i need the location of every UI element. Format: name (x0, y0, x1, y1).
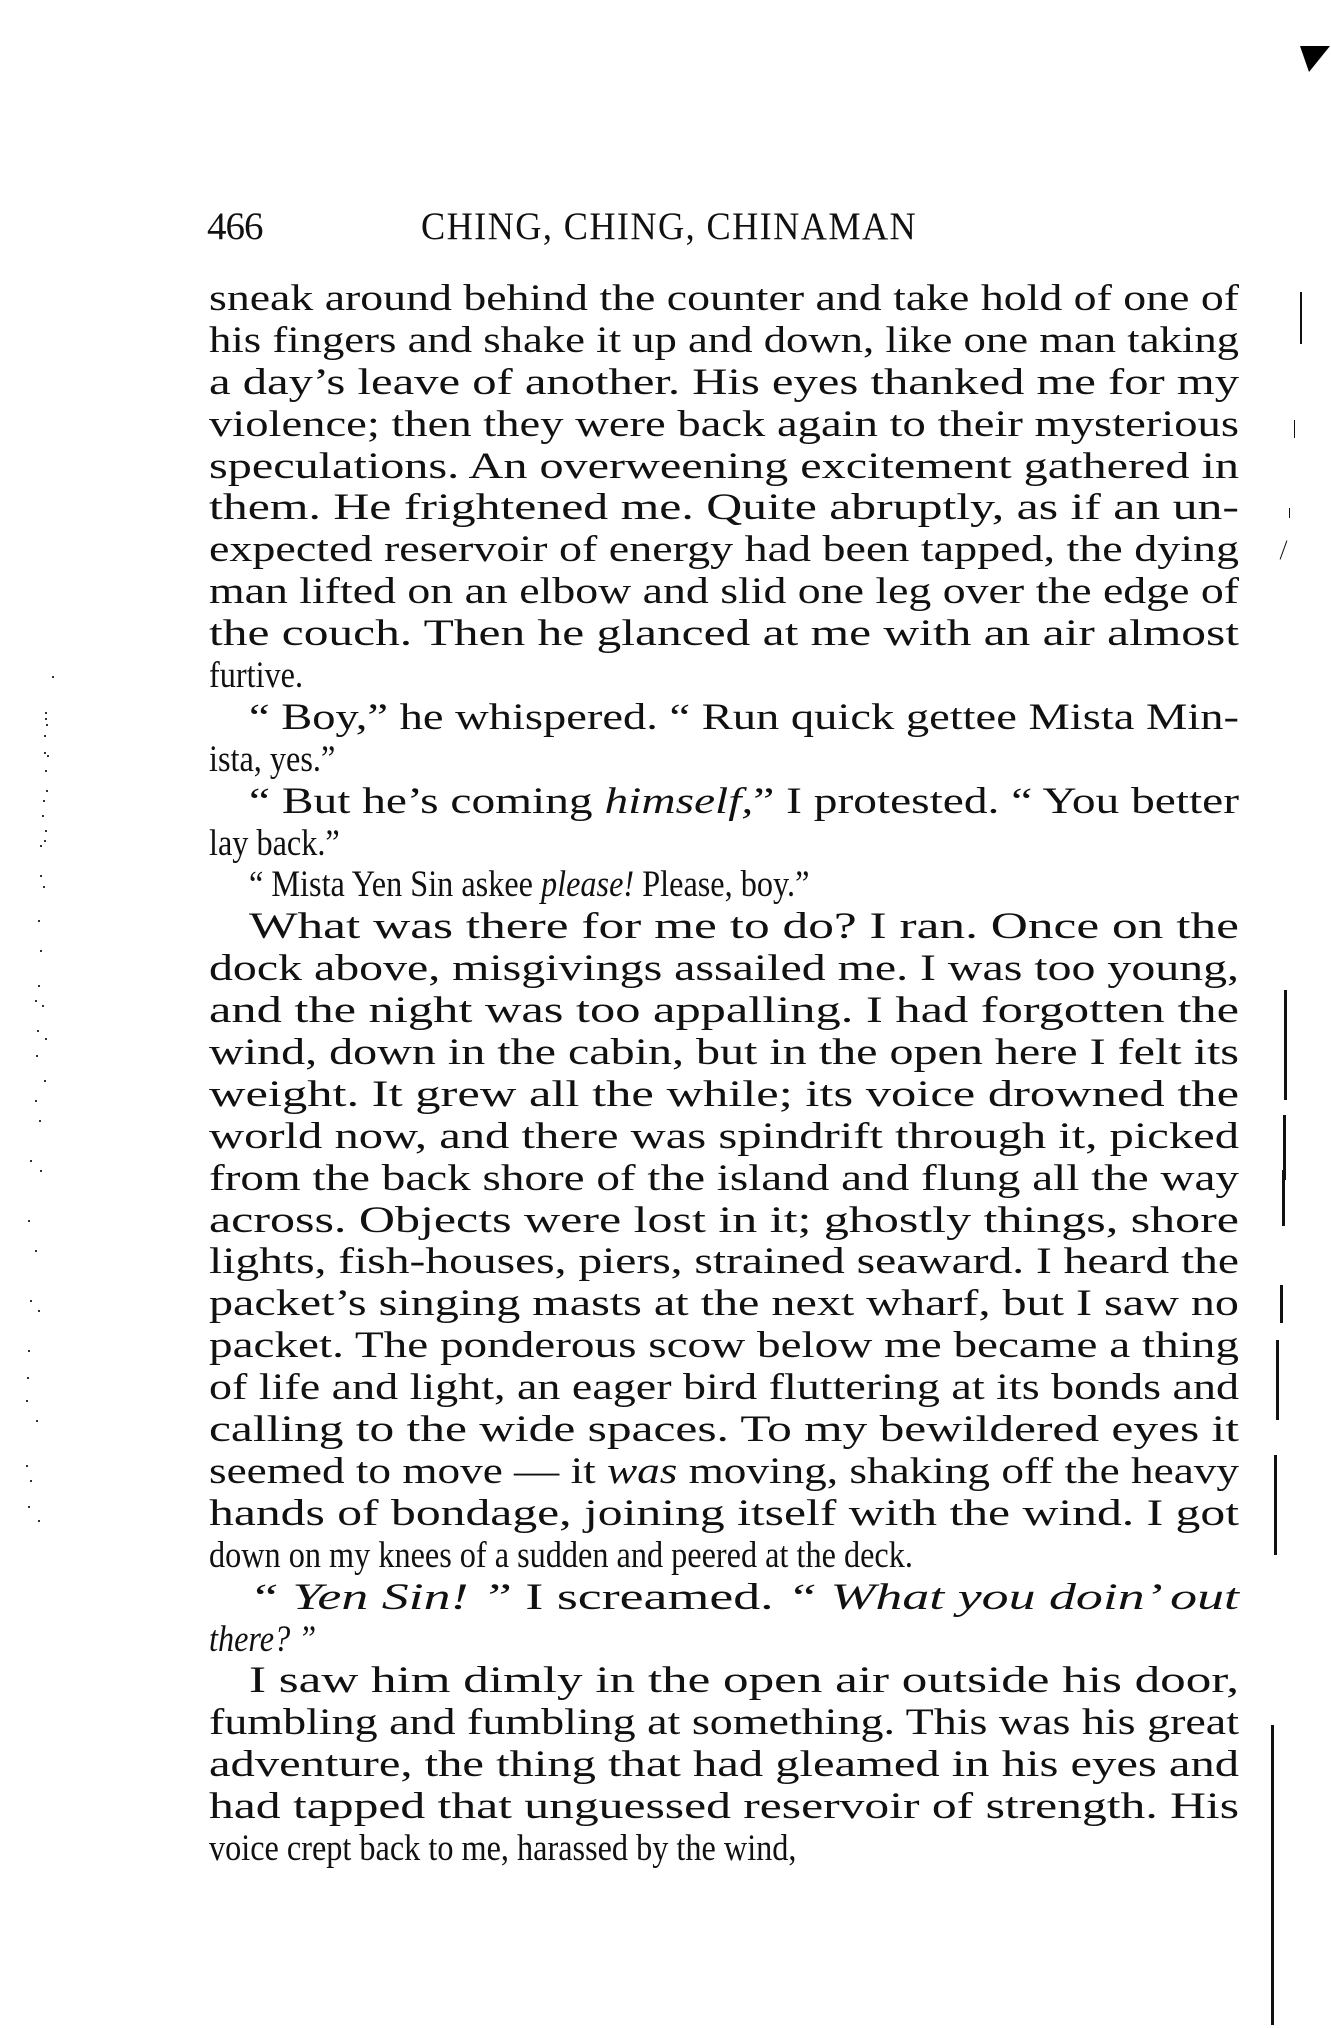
scan-speck (44, 735, 46, 737)
scan-speck (35, 1000, 37, 1002)
scan-speck (40, 845, 42, 847)
italic-text: was (607, 1451, 677, 1492)
text-span: a day’s leave of another. His eyes thank… (209, 362, 1239, 403)
scan-speck (44, 752, 46, 754)
scan-margin-line (1280, 1285, 1283, 1323)
text-span: “ Mista Yen Sin askee (249, 864, 541, 905)
scan-speck (40, 1170, 42, 1172)
text-line: fumbling and fumbling at something. This… (209, 1702, 1239, 1744)
text-line: voice crept back to me, harassed by the … (209, 1828, 1239, 1870)
scan-speck (44, 1080, 46, 1082)
text-span: voice crept back to me, harassed by the … (209, 1828, 796, 1869)
text-span: furtive. (209, 655, 303, 696)
text-span: had tapped that unguessed reservoir of s… (209, 1786, 1239, 1827)
text-span: I saw him dimly in the open air outside … (249, 1660, 1239, 1701)
text-line: weight. It grew all the while; its voice… (209, 1074, 1239, 1116)
text-line: speculations. An overweening excitement … (209, 446, 1239, 488)
text-line: What was there for me to do? I ran. Once… (209, 906, 1239, 948)
text-line: ista, yes.” (209, 739, 1239, 781)
text-span: across. Objects were lost in it; ghostly… (209, 1200, 1239, 1241)
text-line: “ Yen Sin! ” I screamed. “ What you doin… (209, 1577, 1239, 1619)
text-span: “ Boy,” he whispered. “ Run quick gettee… (249, 697, 1239, 738)
text-line: violence; then they were back again to t… (209, 404, 1239, 446)
text-span: I screamed. (512, 1577, 787, 1618)
scan-speck (38, 1520, 40, 1522)
text-span: “ But he’s coming (249, 781, 604, 822)
text-line: sneak around behind the counter and take… (209, 278, 1239, 320)
text-span: hands of bondage, joining itself with th… (209, 1493, 1239, 1534)
scan-speck (30, 1300, 32, 1302)
text-line: down on my knees of a sudden and peered … (209, 1535, 1239, 1577)
text-span: ista, yes.” (209, 739, 335, 780)
text-line: had tapped that unguessed reservoir of s… (209, 1786, 1239, 1828)
scan-margin-line (1284, 990, 1287, 1100)
scan-speck (35, 1250, 37, 1252)
scan-speck (52, 676, 54, 678)
text-line: expected reservoir of energy had been ta… (209, 529, 1239, 571)
text-line: there? ” (209, 1619, 1239, 1661)
text-line: packet. The ponderous scow below me beca… (209, 1325, 1239, 1367)
text-span: sneak around behind the counter and take… (209, 278, 1239, 319)
scan-speck (45, 830, 47, 832)
text-line: a day’s leave of another. His eyes thank… (209, 362, 1239, 404)
text-span: weight. It grew all the while; its voice… (209, 1074, 1239, 1115)
text-span: world now, and there was spindrift throu… (209, 1116, 1239, 1157)
text-span: lay back.” (209, 823, 340, 864)
scan-speck (39, 1120, 41, 1122)
scan-speck (46, 724, 48, 726)
book-page: 466 CHING, CHING, CHINAMAN sneak around … (0, 0, 1331, 2028)
text-line: them. He frightened me. Quite abruptly, … (209, 487, 1239, 529)
text-span: dock above, misgivings assailed me. I wa… (209, 948, 1239, 989)
text-line: dock above, misgivings assailed me. I wa… (209, 948, 1239, 990)
text-span: seemed to move — it (209, 1451, 607, 1492)
scan-speck (38, 920, 40, 922)
scan-speck (28, 1220, 30, 1222)
text-line: lay back.” (209, 823, 1239, 865)
text-span: Please, boy.” (634, 864, 809, 905)
page-corner-fold-mark (1300, 46, 1330, 72)
italic-text: “ Yen Sin! ” (249, 1577, 512, 1618)
scan-speck (43, 886, 45, 888)
italic-text: please! (541, 864, 634, 905)
text-span: the couch. Then he glanced at me with an… (209, 613, 1239, 654)
text-line: “ But he’s coming himself,” I protested.… (209, 781, 1239, 823)
scan-speck (45, 712, 47, 714)
scan-speck (43, 800, 45, 802)
text-span: What was there for me to do? I ran. Once… (249, 906, 1239, 947)
text-line: packet’s singing masts at the next wharf… (209, 1283, 1239, 1325)
scan-margin-line (1280, 540, 1288, 559)
scan-speck (40, 950, 42, 952)
text-line: his fingers and shake it up and down, li… (209, 320, 1239, 362)
scan-speck (28, 1350, 30, 1352)
text-line: from the back shore of the island and fl… (209, 1158, 1239, 1200)
scan-speck (36, 1420, 38, 1422)
text-line: furtive. (209, 655, 1239, 697)
text-line: I saw him dimly in the open air outside … (209, 1660, 1239, 1702)
scan-speck (35, 1100, 37, 1102)
text-line: lights, fish-houses, piers, strained sea… (209, 1241, 1239, 1283)
text-span: lights, fish-houses, piers, strained sea… (209, 1241, 1239, 1282)
scan-speck (42, 1005, 44, 1007)
italic-text: himself, (604, 781, 753, 822)
text-span: fumbling and fumbling at something. This… (209, 1702, 1239, 1743)
text-line: the couch. Then he glanced at me with an… (209, 613, 1239, 655)
scan-speck (45, 1038, 47, 1040)
text-line: hands of bondage, joining itself with th… (209, 1493, 1239, 1535)
scan-speck (27, 1377, 29, 1379)
text-span: his fingers and shake it up and down, li… (209, 320, 1239, 361)
text-line: calling to the wide spaces. To my bewild… (209, 1409, 1239, 1451)
text-line: seemed to move — it was moving, shaking … (209, 1451, 1239, 1493)
body-text: sneak around behind the counter and take… (209, 278, 1239, 1870)
scan-speck (38, 1310, 40, 1312)
text-line: wind, down in the cabin, but in the open… (209, 1032, 1239, 1074)
scan-speck (30, 1480, 32, 1482)
text-line: world now, and there was spindrift throu… (209, 1116, 1239, 1158)
text-line: adventure, the thing that had gleamed in… (209, 1744, 1239, 1786)
text-line: man lifted on an elbow and slid one leg … (209, 571, 1239, 613)
scan-speck (30, 1160, 32, 1162)
scan-speck (45, 770, 47, 772)
text-span: expected reservoir of energy had been ta… (209, 529, 1239, 570)
text-span: man lifted on an elbow and slid one leg … (209, 571, 1239, 612)
scan-margin-line (1276, 1340, 1279, 1420)
scan-speck (26, 1400, 28, 1402)
scan-speck (28, 1506, 30, 1508)
text-line: “ Boy,” he whispered. “ Run quick gettee… (209, 697, 1239, 739)
text-span: down on my knees of a sudden and peered … (209, 1535, 913, 1576)
text-line: across. Objects were lost in it; ghostly… (209, 1200, 1239, 1242)
text-line: and the night was too appalling. I had f… (209, 990, 1239, 1032)
text-span: and the night was too appalling. I had f… (209, 990, 1239, 1031)
scan-margin-line (1274, 1455, 1277, 1555)
scan-speck (37, 1030, 39, 1032)
scan-speck (36, 1055, 38, 1057)
text-line: “ Mista Yen Sin askee please! Please, bo… (209, 864, 1239, 906)
page-number: 466 (207, 204, 263, 249)
scan-speck (44, 840, 46, 842)
text-span: speculations. An overweening excitement … (209, 446, 1239, 487)
text-span: wind, down in the cabin, but in the open… (209, 1032, 1239, 1073)
text-span: them. He frightened me. Quite abruptly, … (209, 487, 1239, 528)
scan-speck (47, 755, 49, 757)
running-title: CHING, CHING, CHINAMAN (421, 204, 917, 249)
scan-margin-line (1300, 292, 1302, 344)
scan-margin-line (1271, 1725, 1274, 2025)
scan-speck (40, 875, 42, 877)
scan-speck (38, 985, 40, 987)
text-span: violence; then they were back again to t… (209, 404, 1239, 445)
text-span: of life and light, an eager bird flutter… (209, 1367, 1239, 1408)
text-span: moving, shaking off the heavy (677, 1451, 1239, 1492)
scan-margin-line (1289, 508, 1290, 518)
scan-speck (45, 718, 47, 720)
scan-speck (26, 1465, 28, 1467)
text-span: ” I protested. “ You better (753, 781, 1239, 822)
scan-speck (46, 790, 48, 792)
scan-margin-line (1294, 420, 1295, 438)
italic-text: “ What you doin’ out (787, 1577, 1239, 1618)
running-header: 466 CHING, CHING, CHINAMAN (207, 204, 1247, 248)
italic-text: there? ” (209, 1619, 316, 1660)
text-span: calling to the wide spaces. To my bewild… (209, 1409, 1239, 1450)
scan-speck (42, 815, 44, 817)
text-span: adventure, the thing that had gleamed in… (209, 1744, 1239, 1785)
text-span: packet’s singing masts at the next wharf… (209, 1283, 1239, 1324)
text-span: packet. The ponderous scow below me beca… (209, 1325, 1239, 1366)
scan-margin-line (1282, 1170, 1285, 1226)
text-span: from the back shore of the island and fl… (209, 1158, 1239, 1199)
text-line: of life and light, an eager bird flutter… (209, 1367, 1239, 1409)
